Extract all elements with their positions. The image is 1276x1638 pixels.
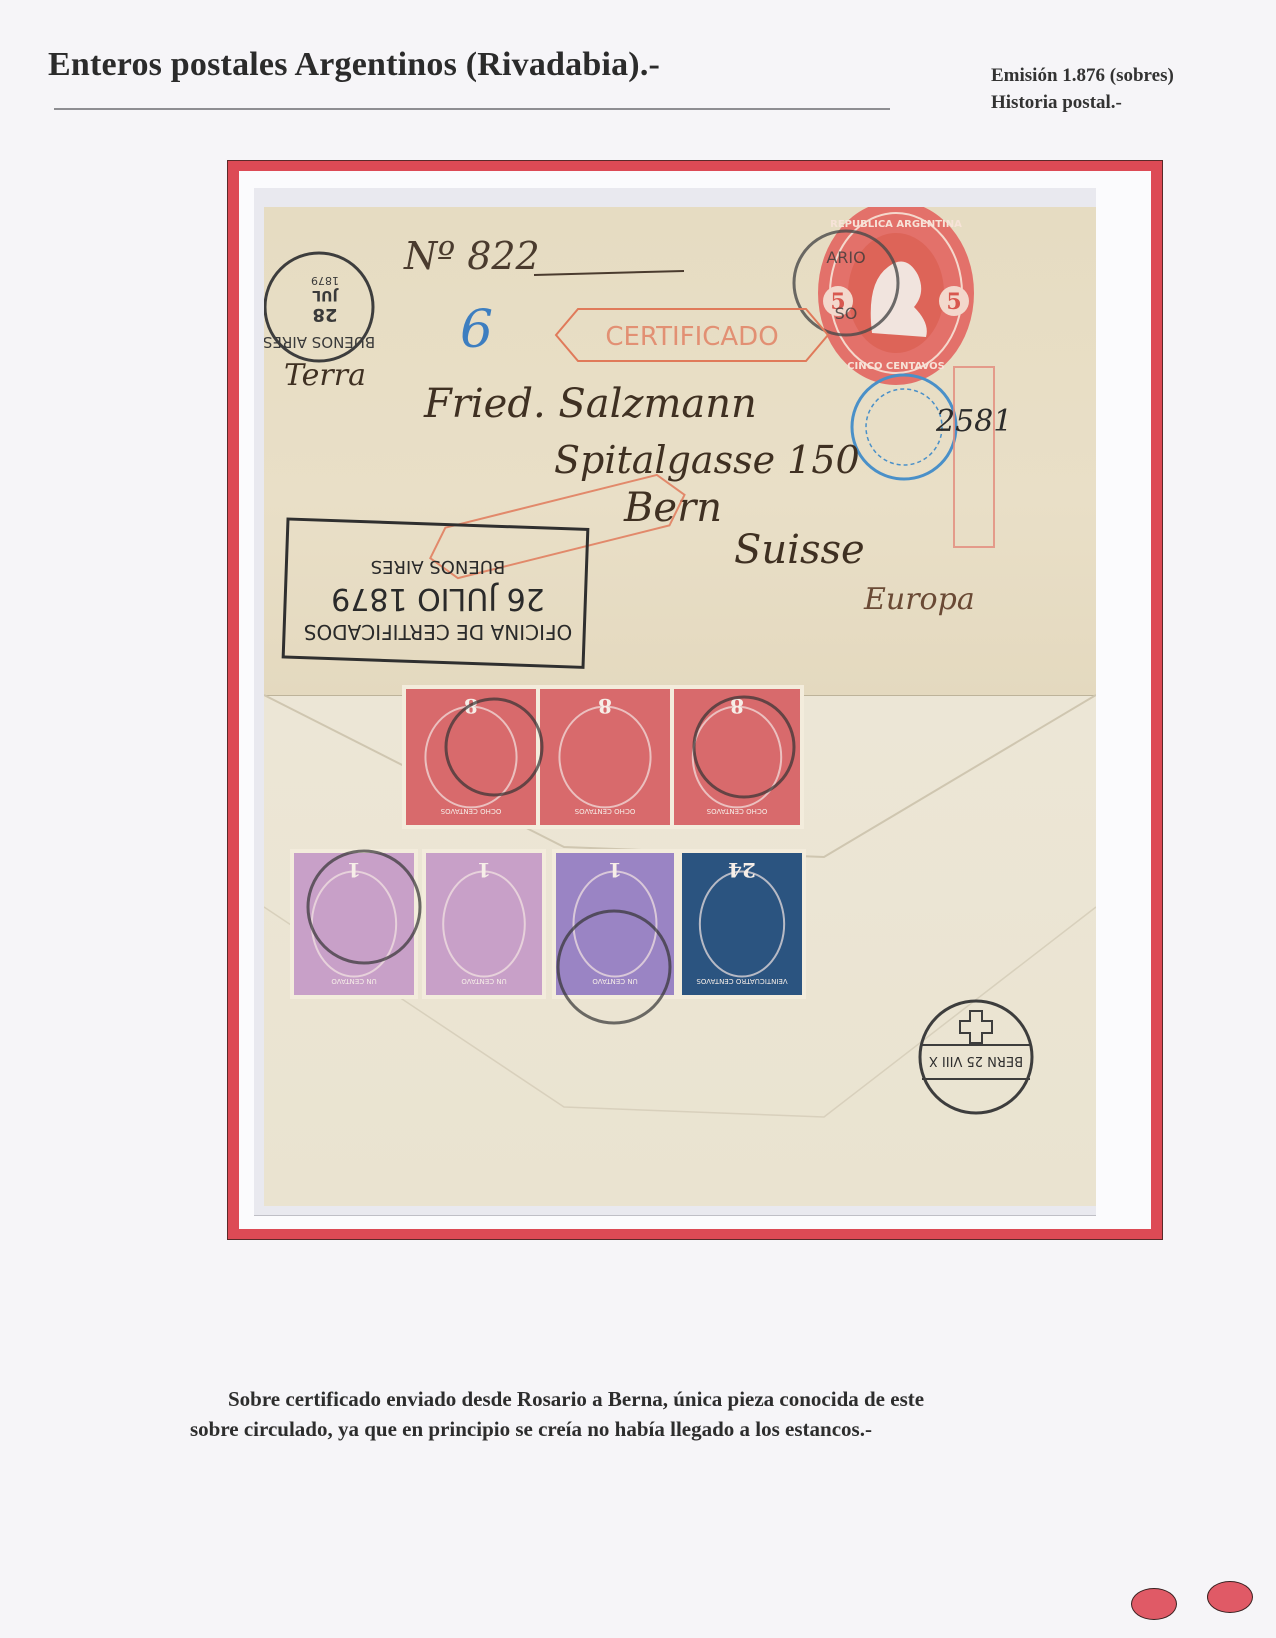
svg-text:BUENOS AIRES: BUENOS AIRES (371, 556, 506, 577)
svg-text:24: 24 (728, 858, 756, 882)
caption-line-2: sobre circulado, ya que en principio se … (190, 1414, 1170, 1444)
svg-text:5: 5 (946, 289, 961, 315)
adhesive-stamp: 8OCHO CENTAVOS (404, 687, 538, 827)
envelope-illustration: 5 5 REPUBLICA ARGENTINA CINCO CENTAVOS A… (264, 207, 1096, 1205)
svg-text:ARIO: ARIO (826, 248, 865, 267)
svg-text:CINCO CENTAVOS: CINCO CENTAVOS (847, 361, 945, 372)
adhesive-stamp: 8OCHO CENTAVOS (672, 687, 802, 827)
svg-text:1: 1 (347, 858, 361, 882)
adhesive-stamp: 1UN CENTAVO (424, 851, 544, 997)
page-subtitle: Emisión 1.876 (sobres) Historia postal.- (991, 62, 1174, 116)
page-title: Enteros postales Argentinos (Rivadabia).… (48, 46, 660, 84)
svg-text:6: 6 (460, 300, 493, 360)
page-marker-dot-2 (1207, 1581, 1253, 1613)
svg-text:OFICINA DE CERTIFICADOS: OFICINA DE CERTIFICADOS (304, 620, 572, 644)
svg-text:UN CENTAVO: UN CENTAVO (331, 977, 377, 985)
svg-text:JUL: JUL (312, 287, 339, 303)
svg-text:UN CENTAVO: UN CENTAVO (592, 977, 638, 985)
title-divider (54, 108, 890, 110)
svg-text:BUENOS AIRES: BUENOS AIRES (264, 333, 375, 351)
svg-text:Fried. Salzmann: Fried. Salzmann (423, 381, 757, 427)
svg-text:8: 8 (598, 694, 612, 718)
subtitle-issue: Emisión 1.876 (sobres) (991, 62, 1174, 89)
svg-text:Suisse: Suisse (734, 527, 865, 573)
svg-text:OCHO CENTAVOS: OCHO CENTAVOS (706, 807, 767, 815)
svg-text:2581: 2581 (935, 404, 1012, 439)
svg-text:Nº 822: Nº 822 (403, 234, 540, 278)
adhesive-stamp: 8OCHO CENTAVOS (538, 687, 672, 827)
svg-text:Spitalgasse 150: Spitalgasse 150 (554, 438, 860, 482)
svg-text:UN CENTAVO: UN CENTAVO (461, 977, 507, 985)
svg-text:CERTIFICADO: CERTIFICADO (605, 322, 778, 352)
svg-text:VEINTICUATRO CENTAVOS: VEINTICUATRO CENTAVOS (696, 977, 788, 985)
svg-text:REPUBLICA ARGENTINA: REPUBLICA ARGENTINA (830, 219, 962, 230)
caption-line-1: Sobre certificado enviado desde Rosario … (190, 1384, 1170, 1414)
svg-text:OCHO CENTAVOS: OCHO CENTAVOS (574, 807, 635, 815)
svg-text:1: 1 (608, 858, 622, 882)
svg-text:28: 28 (312, 304, 337, 325)
svg-text:1879: 1879 (311, 274, 339, 287)
exhibit-caption: Sobre certificado enviado desde Rosario … (190, 1384, 1170, 1444)
svg-text:Terra: Terra (284, 358, 366, 393)
adhesive-stamp: 1UN CENTAVO (554, 851, 676, 997)
subtitle-section: Historia postal.- (991, 89, 1174, 116)
page-marker-dot-1 (1131, 1588, 1177, 1620)
svg-text:26 JULIO 1879: 26 JULIO 1879 (331, 581, 545, 616)
svg-text:Europa: Europa (863, 582, 975, 617)
svg-text:BERN 25 VIII X: BERN 25 VIII X (929, 1053, 1023, 1068)
svg-text:Bern: Bern (623, 485, 722, 531)
envelope-scan: 5 5 REPUBLICA ARGENTINA CINCO CENTAVOS A… (264, 207, 1096, 1205)
adhesive-stamp: 24VEINTICUATRO CENTAVOS (680, 851, 804, 997)
svg-text:SO: SO (835, 304, 858, 323)
svg-text:OCHO CENTAVOS: OCHO CENTAVOS (440, 807, 501, 815)
svg-text:1: 1 (477, 858, 491, 882)
